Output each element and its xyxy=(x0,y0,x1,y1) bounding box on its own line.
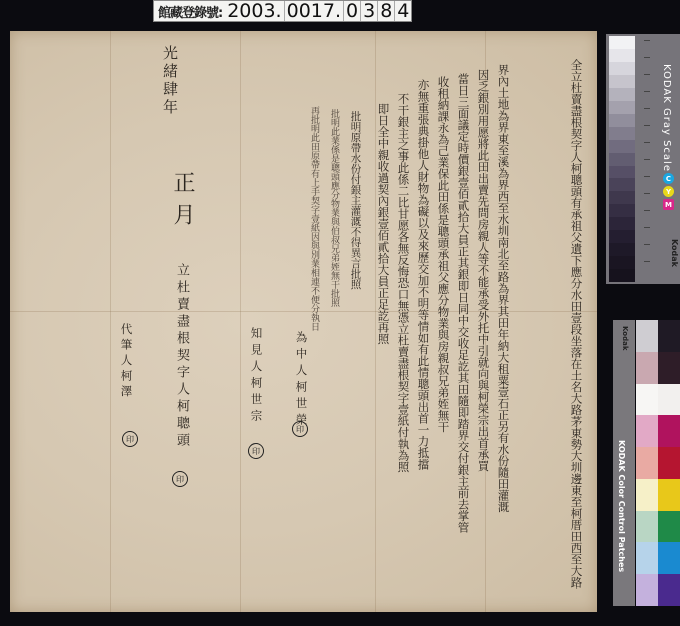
yellow-marker-icon: Y xyxy=(663,186,674,197)
catalog-label-title: 館藏登錄號: xyxy=(154,2,225,21)
main-text-column: 界內土地為界東至溪為界西至水圳南北至路為界其田年納大租粟壹石正另有水份隨田灌溉 xyxy=(497,64,509,584)
observer-seal-icon: 印 xyxy=(248,443,264,459)
gray-scale-label: KODAK Gray Scale xyxy=(661,64,672,172)
gray-patch xyxy=(609,114,635,127)
color-patch xyxy=(636,352,658,384)
catalog-part: 0 xyxy=(343,1,360,21)
gray-patches xyxy=(609,36,635,282)
catalog-part: 2003. xyxy=(225,1,283,21)
month: 正月 xyxy=(167,171,198,235)
note-column: 批明此業係是聰頭應分物業與伯叔兄弟姪無干批照 xyxy=(328,109,341,334)
signer-seal-icon: 印 xyxy=(172,471,188,487)
gray-patch xyxy=(609,217,635,230)
note-column: 批明原帶水份付銀主灌溉不得異言批照 xyxy=(350,111,361,411)
color-patch-row xyxy=(636,542,680,574)
gray-patch xyxy=(609,140,635,153)
main-text-column: 收租納課永為己業保此田係是聰頭承祖父應分物業與房親叔兄弟姪無干 xyxy=(437,76,449,576)
kodak-color-patches: Kodak KODAK Color Control Patches xyxy=(613,320,680,616)
gray-patch xyxy=(609,153,635,166)
color-patch-row xyxy=(636,320,680,352)
gray-patch xyxy=(609,204,635,217)
color-patch xyxy=(636,384,658,416)
kodak-gray-scale: KODAK Gray Scale C Y M Kodak xyxy=(606,34,680,284)
fold-line xyxy=(240,31,241,612)
catalog-part: 3 xyxy=(360,1,377,21)
main-text-column: 因乏銀別用愿將此田出賣先問房親人等不能承受外托中引就向與柯榮宗出首承買 xyxy=(477,69,489,589)
note-column: 再批明此田原帶有上手契字壹紙因與別業相連不便分執日後檢出不堪行用批照 xyxy=(308,106,321,331)
gray-patch xyxy=(609,243,635,256)
color-patches xyxy=(636,320,680,606)
gray-patch xyxy=(609,101,635,114)
gray-patch xyxy=(609,166,635,179)
catalog-part: 0017. xyxy=(284,1,343,21)
gray-patch xyxy=(609,127,635,140)
gray-patch xyxy=(609,230,635,243)
reign-year: 光緒肆年 xyxy=(160,45,181,117)
deed-paper: 光緒肆年 正月 立杜賣盡根契字人柯聰頭 印 代筆人柯澤 印 知見人柯世宗 印 為… xyxy=(10,31,597,612)
gray-patch xyxy=(609,62,635,75)
color-patch xyxy=(636,415,658,447)
gray-patch xyxy=(609,49,635,62)
color-patch-row xyxy=(636,447,680,479)
color-patch xyxy=(636,479,658,511)
color-patch xyxy=(658,415,680,447)
color-patch-row xyxy=(636,352,680,384)
color-patch xyxy=(658,447,680,479)
color-patch-row xyxy=(636,479,680,511)
color-patch xyxy=(658,320,680,352)
color-patch-row xyxy=(636,511,680,543)
catalog-part: 8 xyxy=(377,1,394,21)
main-text-column: 全立杜賣盡根契字人柯聰頭有承祖父遺下應分水田壹段坐落在土名大路茅東勢大圳邊東至柯… xyxy=(570,59,582,589)
color-patch xyxy=(658,479,680,511)
color-brand: Kodak xyxy=(621,326,629,351)
main-text-column: 不干銀主之事此係二比甘愿各無反悔恐口無憑立杜賣盡根契字壹紙付執為照 xyxy=(397,93,409,513)
signer-line: 立杜賣盡根契字人柯聰頭 xyxy=(172,263,191,450)
fold-line xyxy=(110,31,111,612)
color-patch xyxy=(658,352,680,384)
scribe-seal-icon: 印 xyxy=(122,431,138,447)
main-text-column: 即日全中親收過契內銀壹佰貳拾大員正足訖再照 xyxy=(377,103,389,513)
catalog-part: 4 xyxy=(394,1,411,21)
middleman-seal-icon: 印 xyxy=(292,421,308,437)
fold-line xyxy=(375,31,376,612)
color-strip-label: KODAK Color Control Patches xyxy=(617,440,626,572)
color-patch xyxy=(636,574,658,606)
color-patch xyxy=(636,542,658,574)
catalog-label: 館藏登錄號: 2003. 0017. 0 3 8 4 xyxy=(153,0,412,22)
gray-patch xyxy=(609,75,635,88)
color-patch-row xyxy=(636,384,680,416)
gray-patch xyxy=(609,88,635,101)
gray-patch xyxy=(609,36,635,49)
color-patch xyxy=(658,384,680,416)
gray-patch xyxy=(609,269,635,282)
color-patch xyxy=(658,542,680,574)
color-patch xyxy=(636,447,658,479)
magenta-marker-icon: M xyxy=(663,199,674,210)
gray-patch xyxy=(609,178,635,191)
cmy-markers: C Y M xyxy=(663,173,674,210)
color-patch xyxy=(636,511,658,543)
witness-observer: 知見人柯世宗 xyxy=(250,327,262,426)
gray-patch xyxy=(609,191,635,204)
color-patch-row xyxy=(636,574,680,606)
color-patch-row xyxy=(636,415,680,447)
gray-scale-brand: Kodak xyxy=(670,239,679,267)
color-patch xyxy=(658,574,680,606)
main-text-column: 亦無重張典掛他人財物為礙以及來歷交加不明等情如有此情聰頭出首一力抵擋 xyxy=(417,79,429,579)
cyan-marker-icon: C xyxy=(663,173,674,184)
color-patch xyxy=(658,511,680,543)
color-patch xyxy=(636,320,658,352)
gray-patch xyxy=(609,256,635,269)
witness-middleman: 為中人柯世榮 xyxy=(295,331,307,430)
witness-scribe: 代筆人柯澤 xyxy=(120,323,132,401)
main-text-column: 當日三面議定時價銀壹佰貳拾大員正其銀即日同中交收足訖其田隨即踏界交付銀主前去掌管 xyxy=(457,73,469,583)
color-strip-label-area: Kodak KODAK Color Control Patches xyxy=(613,320,635,606)
gray-scale-ticks xyxy=(644,40,650,278)
fold-line xyxy=(10,311,597,312)
